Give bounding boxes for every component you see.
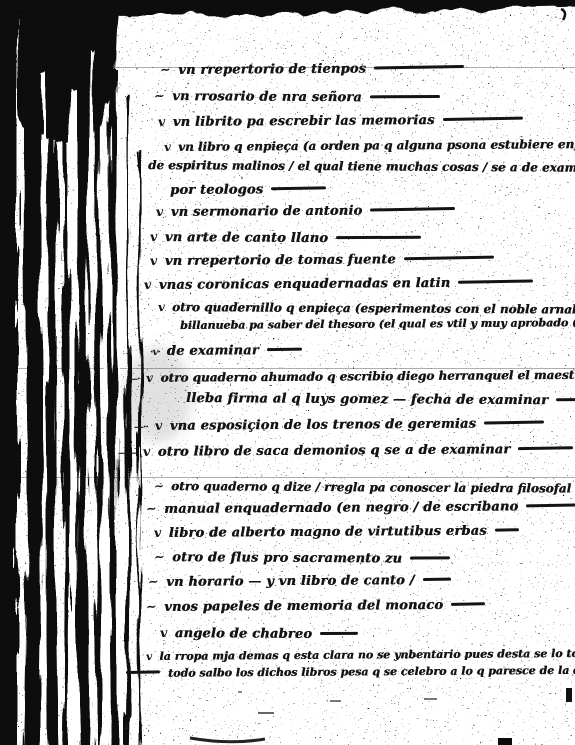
line-text: vn libro q enpieça (a orden pa q alguna … bbox=[178, 137, 575, 154]
check-mark: v bbox=[157, 116, 166, 130]
binding-streak bbox=[82, 20, 85, 745]
check-mark: v bbox=[143, 279, 152, 293]
smudge bbox=[498, 738, 512, 745]
binding-streak bbox=[127, 95, 129, 745]
trailing-rule bbox=[370, 95, 440, 98]
check-mark: v bbox=[146, 371, 154, 384]
trailing-rule bbox=[495, 528, 519, 531]
line-text: otro quaderno q dize / rregla pa conosce… bbox=[171, 479, 571, 495]
trailing-rule bbox=[518, 446, 573, 450]
trailing-rule bbox=[410, 556, 450, 559]
check-mark: v bbox=[142, 445, 151, 459]
line-text: vn rrosario de nra señora bbox=[172, 89, 362, 105]
binding-streak bbox=[51, 16, 54, 745]
manuscript-line-13: ·v·de examinar bbox=[150, 344, 302, 358]
manuscript-line-9: vvn rrepertorio de tomas fuente bbox=[150, 253, 494, 268]
check-mark: v bbox=[153, 527, 162, 541]
trailing-rule bbox=[442, 117, 522, 121]
line-text: vna esposiçion de los trenos de geremias bbox=[170, 417, 476, 434]
manuscript-line-4: vvn libro q enpieça (a orden pa q alguna… bbox=[164, 137, 575, 153]
trailing-rule bbox=[370, 207, 455, 211]
smudge bbox=[238, 691, 242, 693]
check-mark: ~ bbox=[145, 502, 157, 516]
line-text: lleba firma al q luys gomez — fecha de e… bbox=[186, 391, 548, 408]
line-text: otro quadernillo q enpieça (esperimentos… bbox=[172, 300, 575, 317]
line-text: de espiritus malinos / el qual tiene muc… bbox=[148, 158, 575, 175]
manuscript-line-12: billanueba pa saber del thesoro (el qual… bbox=[180, 317, 575, 331]
line-text: vn rrepertorio de tienpos bbox=[178, 62, 366, 78]
trailing-rule bbox=[451, 602, 485, 606]
left-edge-band bbox=[0, 0, 17, 745]
trailing-rule bbox=[267, 348, 302, 352]
line-text: de examinar bbox=[167, 343, 259, 359]
trailing-rule bbox=[458, 279, 533, 283]
manuscript-line-21: ~otro de flus pro sacramento zu bbox=[154, 551, 450, 566]
line-text: vnas coronicas enquadernadas en latin bbox=[159, 276, 451, 293]
line-text: todo salbo los dichos libros pesa q se c… bbox=[168, 664, 575, 680]
manuscript-line-8: vvn arte de canto llano bbox=[150, 231, 421, 246]
line-text: billanueba pa saber del thesoro (el qual… bbox=[180, 316, 575, 332]
check-mark: ~ bbox=[153, 90, 165, 104]
smudge bbox=[566, 688, 572, 702]
binding-streak bbox=[65, 18, 67, 745]
check-mark: v bbox=[155, 206, 164, 220]
line-text: vn horario — y vn libro de canto / bbox=[166, 573, 415, 590]
line-text: otro quaderno ahumado q escribio diego h… bbox=[160, 368, 575, 385]
margin-mark: ·· bbox=[136, 161, 141, 172]
margin-mark: —· bbox=[128, 374, 140, 385]
manuscript-line-2: ~vn rrosario de nra señora bbox=[154, 90, 440, 105]
check-mark: v bbox=[163, 141, 171, 154]
manuscript-line-25: vla rropa mja demas q esta clara no se y… bbox=[146, 648, 575, 662]
line-text: por teologos bbox=[170, 182, 263, 198]
check-mark: ~ bbox=[159, 63, 171, 77]
manuscript-line-17: ——votro libro de saca demonios q se a de… bbox=[118, 443, 573, 459]
manuscript-line-23: ~vnos papeles de memoria del monaco bbox=[146, 599, 485, 614]
manuscript-line-19: ~manual enquadernado (en negro / de escr… bbox=[146, 500, 575, 516]
binding-streak bbox=[112, 70, 115, 745]
check-mark: ~ bbox=[147, 575, 159, 589]
manuscript-line-15: lleba firma al q luys gomez — fecha de e… bbox=[186, 392, 575, 408]
trailing-rule bbox=[320, 632, 358, 635]
line-text: manual enquadernado (en negro / de escri… bbox=[164, 499, 518, 516]
smudge bbox=[258, 712, 274, 714]
manuscript-line-18: ~otro quaderno q dize / rregla pa conosc… bbox=[154, 480, 575, 495]
manuscript-line-24: vangelo de chabreo bbox=[160, 627, 358, 641]
check-mark: ~ bbox=[153, 480, 164, 493]
trailing-rule bbox=[336, 236, 421, 239]
binding-streak bbox=[97, 30, 99, 745]
manuscript-line-11: votro quadernillo q enpieça (esperimento… bbox=[158, 301, 575, 316]
white-vein bbox=[106, 130, 107, 745]
margin-mark: —·· bbox=[134, 422, 148, 433]
leading-rule bbox=[126, 670, 160, 674]
manuscript-page: ~vn rrepertorio de tienpos ~vn rrosario … bbox=[0, 0, 575, 745]
white-vein bbox=[73, 90, 75, 745]
margin-mark: ·v· bbox=[150, 347, 160, 358]
manuscript-line-7: vvn sermonario de antonio bbox=[156, 204, 455, 219]
check-mark: v bbox=[149, 255, 158, 269]
smudge bbox=[330, 700, 341, 702]
check-mark: v bbox=[154, 419, 163, 433]
line-text: vn sermonario de antonio bbox=[171, 204, 363, 220]
manuscript-line-3: vvn librito pa escrebir las memorias bbox=[158, 113, 523, 129]
trailing-rule bbox=[423, 578, 451, 581]
binding-streak bbox=[31, 10, 34, 745]
manuscript-line-1: ~vn rrepertorio de tienpos bbox=[160, 62, 464, 77]
white-vein bbox=[43, 70, 45, 745]
trailing-rule bbox=[374, 65, 464, 70]
manuscript-line-6: por teologos bbox=[170, 183, 326, 197]
check-mark: v bbox=[159, 627, 168, 641]
margin-mark: —— bbox=[118, 448, 136, 459]
check-mark: v bbox=[157, 301, 165, 314]
line-text: otro libro de saca demonios q se a de ex… bbox=[158, 442, 511, 459]
line-text: angelo de chabreo bbox=[175, 626, 312, 642]
trailing-rule bbox=[526, 503, 575, 507]
line-text: vn arte de canto llano bbox=[165, 230, 328, 246]
line-text: vn rrepertorio de tomas fuente bbox=[165, 252, 396, 269]
line-text: vn librito pa escrebir las memorias bbox=[173, 113, 435, 130]
trailing-rule bbox=[404, 256, 494, 261]
check-mark: v bbox=[149, 231, 158, 245]
smudge bbox=[424, 698, 437, 700]
line-text: otro de flus pro sacramento zu bbox=[172, 550, 402, 566]
trailing-rule bbox=[484, 421, 544, 425]
manuscript-line-26: todo salbo los dichos libros pesa q se c… bbox=[126, 665, 575, 679]
manuscript-line-20: vlibro de alberto magno de virtutibus er… bbox=[154, 524, 519, 540]
check-mark: v bbox=[145, 651, 153, 663]
line-text: libro de alberto magno de virtutibus erb… bbox=[169, 524, 487, 541]
check-mark: ~ bbox=[153, 551, 165, 565]
manuscript-line-22: ~vn horario — y vn libro de canto / bbox=[148, 574, 451, 589]
trailing-rule bbox=[556, 398, 575, 401]
line-text: vnos papeles de memoria del monaco bbox=[164, 598, 443, 615]
check-mark: ~ bbox=[145, 600, 157, 614]
trailing-rule bbox=[271, 186, 326, 190]
manuscript-line-10: vvnas coronicas enquadernadas en latin bbox=[144, 276, 533, 292]
